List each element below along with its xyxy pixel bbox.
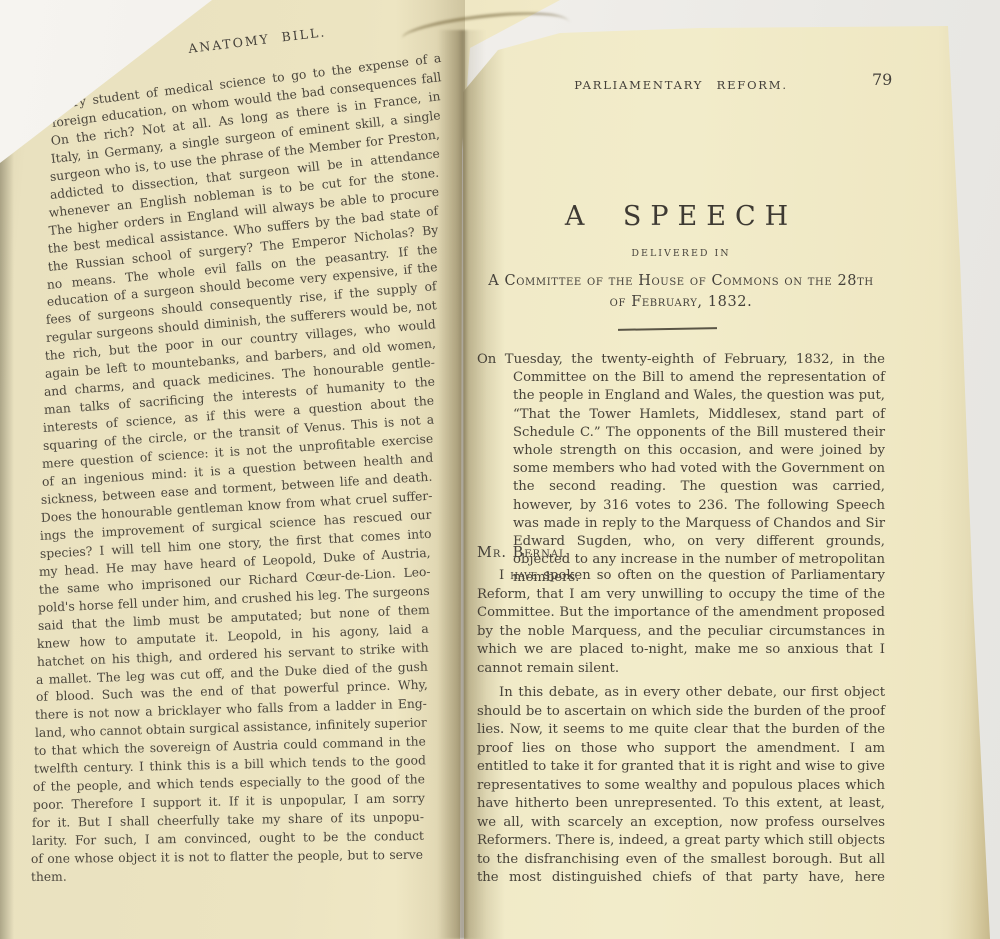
speech-paragraph-1: I have spoken so often on the question o… bbox=[477, 567, 885, 678]
book-gutter-shadow bbox=[438, 30, 486, 939]
speech-occasion: A Committee of the House of Commons on t… bbox=[477, 271, 885, 313]
speaker-name: Mr. Bernal bbox=[477, 545, 885, 561]
left-page-line: them. bbox=[30, 865, 422, 886]
speech-subtitle: DELIVERED IN bbox=[477, 248, 885, 259]
speech-occasion-line2: of February, 1832. bbox=[477, 292, 885, 313]
speech-paragraph-2: In this debate, as in every other debate… bbox=[477, 684, 885, 888]
right-running-header: PARLIAMENTARY REFORM. bbox=[477, 78, 885, 92]
right-page-edge-shading bbox=[938, 0, 990, 939]
section-divider-rule bbox=[618, 327, 717, 331]
speech-title: A SPEECH bbox=[477, 201, 885, 232]
speech-paragraph-1-rest: spoken so often on the question of Parli… bbox=[477, 568, 885, 676]
speech-occasion-line1: A Committee of the House of Commons on t… bbox=[477, 271, 885, 292]
speech-paragraph-1-lead: I have bbox=[499, 568, 537, 583]
left-page-number: 78 bbox=[77, 73, 99, 93]
book-photograph: ANATOMY BILL. 78 every student of medica… bbox=[0, 0, 1000, 939]
right-page-number: 79 bbox=[872, 70, 916, 89]
left-page-edge-shadow bbox=[0, 0, 14, 939]
left-running-header: ANATOMY BILL. bbox=[147, 19, 367, 61]
left-page-lines: every student of medical science to go t… bbox=[26, 97, 418, 887]
